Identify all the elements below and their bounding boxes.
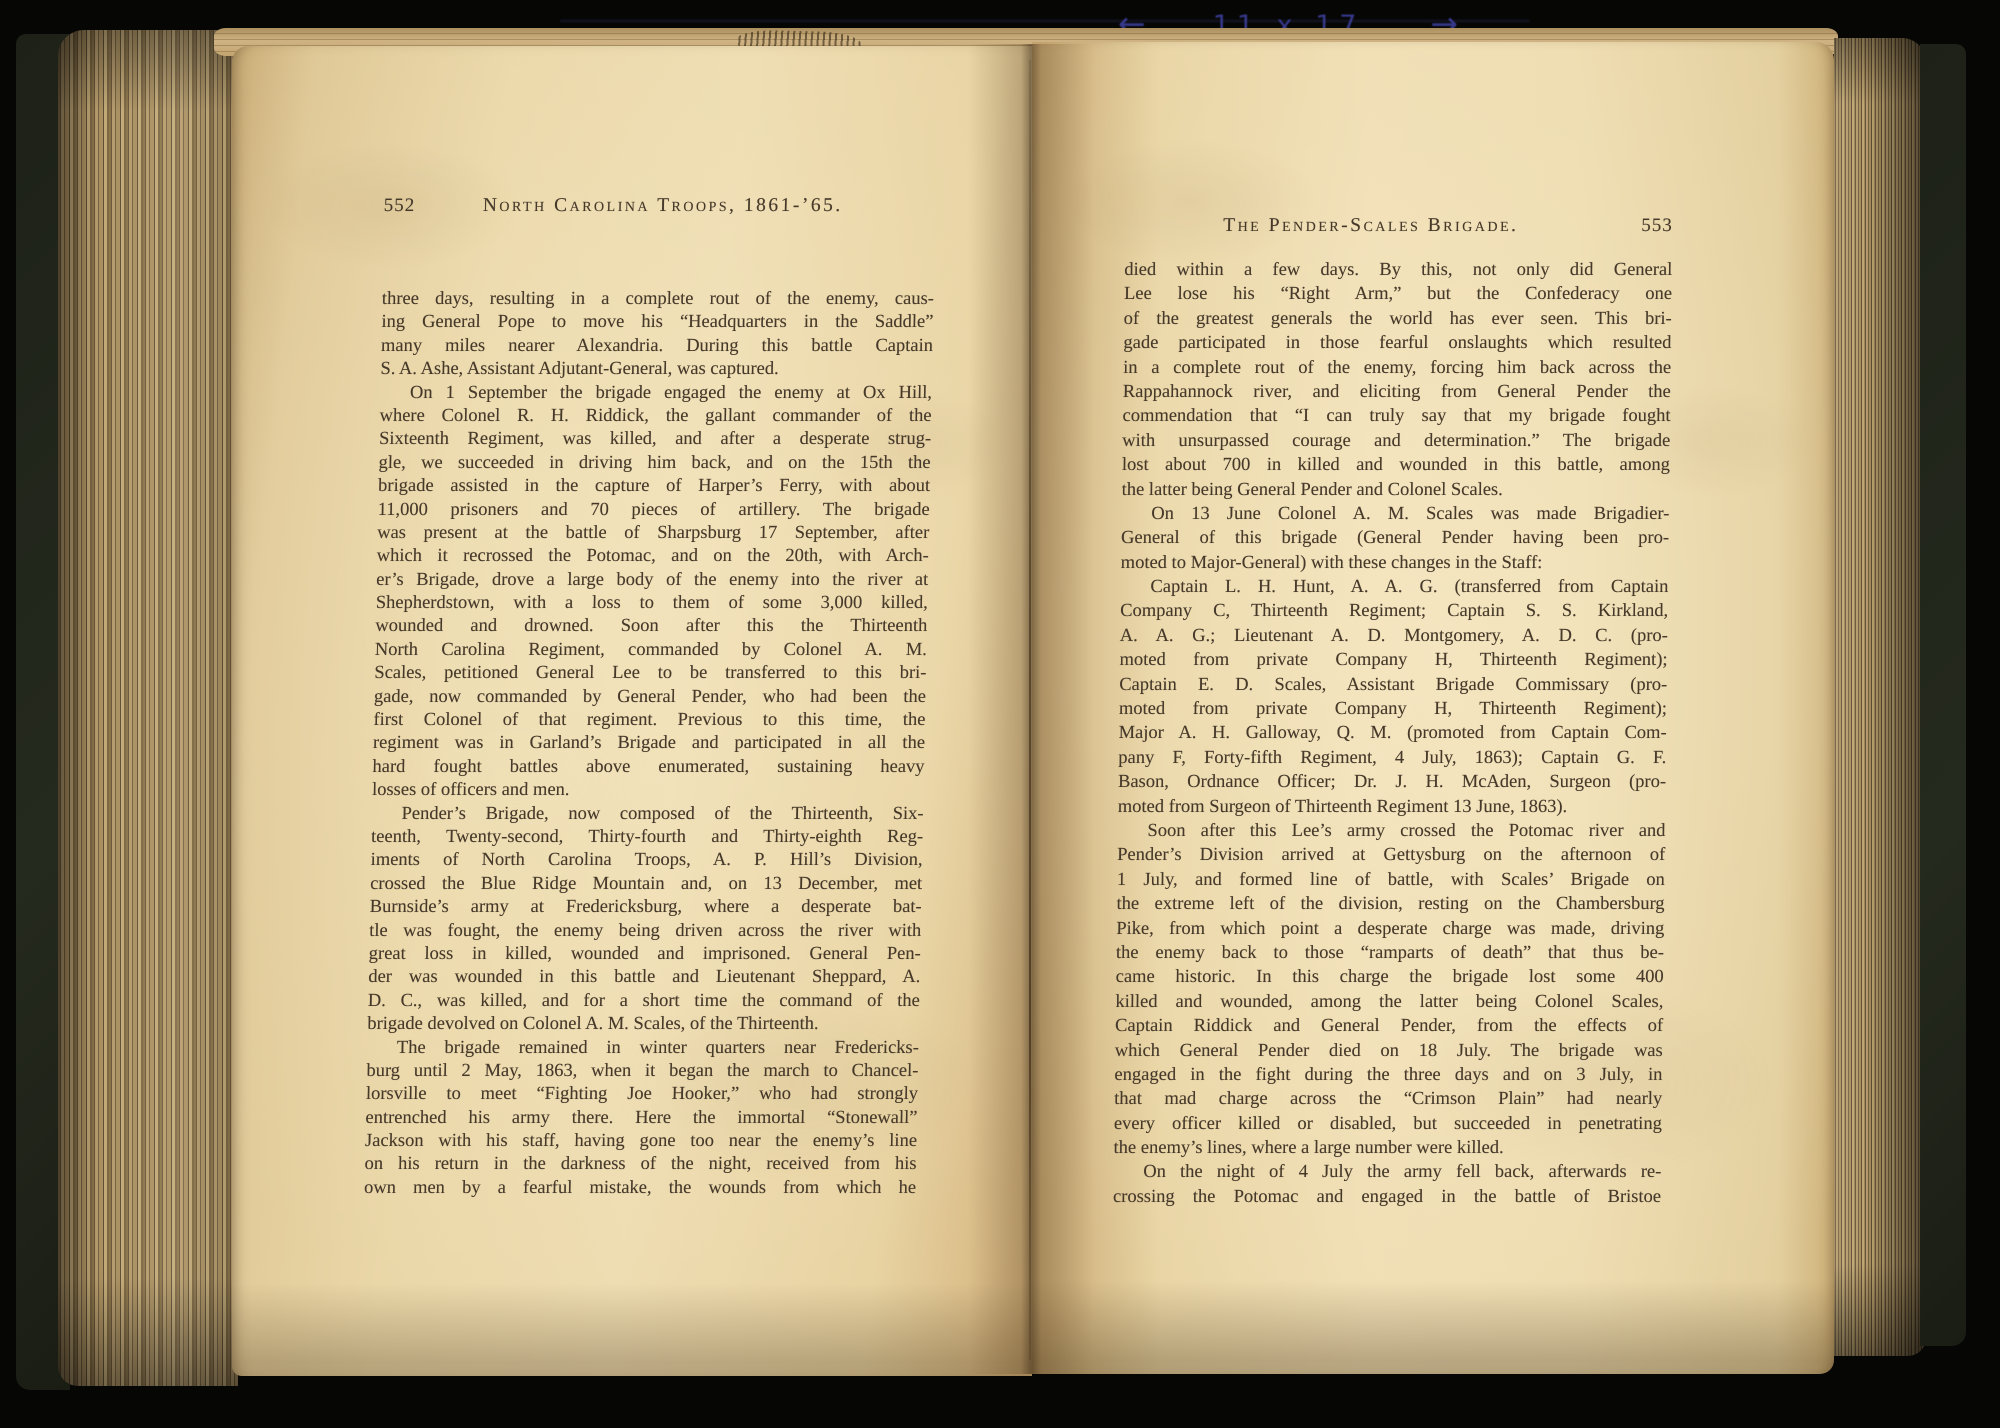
paragraph: three days, resulting in a complete rout… xyxy=(380,288,934,382)
text-line: er’s Brigade, drove a large body of the … xyxy=(376,569,928,592)
text-line: on his return in the darkness of the nig… xyxy=(364,1153,916,1176)
text-line: moted to Major-General) with these chang… xyxy=(1121,551,1669,575)
text-line: D. C., was killed, and for a short time … xyxy=(368,990,920,1013)
text-line: Scales, petitioned General Lee to be tra… xyxy=(374,662,926,685)
page-number: 552 xyxy=(384,195,416,217)
text-line: that mad charge across the “Crimson Plai… xyxy=(1114,1087,1662,1111)
text-line: Company C, Thirteenth Regiment; Captain … xyxy=(1120,599,1668,623)
text-line: moted from private Company H, Thirteenth… xyxy=(1119,648,1667,672)
paragraph: Captain L. H. Hunt, A. A. G. (transferre… xyxy=(1118,575,1669,819)
text-line: engaged in the fight during the three da… xyxy=(1114,1063,1662,1087)
text-line: tle was fought, the enemy being driven a… xyxy=(369,920,921,943)
text-line: came historic. In this charge the brigad… xyxy=(1116,965,1664,989)
text-line: A. A. G.; Lieutenant A. D. Montgomery, A… xyxy=(1120,624,1668,648)
text-line: in a complete rout of the enemy, forcing… xyxy=(1123,356,1671,380)
text-line: On the night of 4 July the army fell bac… xyxy=(1113,1160,1661,1184)
text-line: the extreme left of the division, restin… xyxy=(1116,892,1664,916)
text-line: gade, now commanded by General Pender, w… xyxy=(374,686,926,709)
text-line: three days, resulting in a complete rout… xyxy=(382,288,934,311)
text-line: Bason, Ordnance Officer; Dr. J. H. McAde… xyxy=(1118,770,1666,794)
text-line: Captain Riddick and General Pender, from… xyxy=(1115,1014,1663,1038)
text-line: 11,000 prisoners and 70 pieces of artill… xyxy=(377,499,929,522)
text-line: the latter being General Pender and Colo… xyxy=(1121,478,1669,502)
text-line: moted from private Company H, Thirteenth… xyxy=(1119,697,1667,721)
text-line: General of this brigade (General Pender … xyxy=(1121,526,1669,550)
text-line: died within a few days. By this, not onl… xyxy=(1124,258,1672,282)
text-line: commendation that “I can truly say that … xyxy=(1122,404,1670,428)
fore-edge-left xyxy=(58,30,238,1386)
text-line: 1 July, and formed line of battle, with … xyxy=(1117,868,1665,892)
text-line: On 13 June Colonel A. M. Scales was made… xyxy=(1121,502,1669,526)
left-page-content: 552 North Carolina Troops, 1861-’65. thr… xyxy=(364,195,936,1200)
text-line: own men by a fearful mistake, the wounds… xyxy=(364,1177,916,1200)
text-line: of the greatest generals the world has e… xyxy=(1124,307,1672,331)
text-line: killed and wounded, among the latter bei… xyxy=(1115,990,1663,1014)
text-line: Sixteenth Regiment, was killed, and afte… xyxy=(379,428,931,451)
text-line: entrenched his army there. Here the immo… xyxy=(365,1107,917,1130)
fore-edge-right xyxy=(1834,38,1926,1356)
text-line: crossed the Blue Ridge Mountain and, on … xyxy=(370,873,922,896)
text-line: gle, we succeeded in driving him back, a… xyxy=(378,452,930,475)
paragraph: Pender’s Brigade, now composed of the Th… xyxy=(367,803,924,1037)
running-title: North Carolina Troops, 1861-’65. xyxy=(384,195,936,217)
text-line: ing General Pope to move his “Headquarte… xyxy=(381,311,933,334)
text-line: Burnside’s army at Fredericksburg, where… xyxy=(369,896,921,919)
paragraph: On the night of 4 July the army fell bac… xyxy=(1113,1160,1662,1209)
text-line: brigade assisted in the capture of Harpe… xyxy=(378,475,930,498)
text-line: wounded and drowned. Soon after this the… xyxy=(375,615,927,638)
text-line: which General Pender died on 18 July. Th… xyxy=(1115,1039,1663,1063)
text-line: der was wounded in this battle and Lieut… xyxy=(368,966,920,989)
text-line: was present at the battle of Sharpsburg … xyxy=(377,522,929,545)
left-page-body: three days, resulting in a complete rout… xyxy=(364,288,934,1200)
text-line: Pender’s Brigade, now composed of the Th… xyxy=(371,803,923,826)
running-title: The Pender-Scales Brigade. xyxy=(1125,215,1673,237)
text-line: which it recrossed the Potomac, and on t… xyxy=(376,545,928,568)
paragraph: died within a few days. By this, not onl… xyxy=(1121,258,1672,502)
text-line: every officer killed or disabled, but su… xyxy=(1114,1112,1662,1136)
text-line: Jackson with his staff, having gone too … xyxy=(365,1130,917,1153)
book: 552 North Carolina Troops, 1861-’65. thr… xyxy=(0,0,2000,1428)
text-line: Captain L. H. Hunt, A. A. G. (transferre… xyxy=(1120,575,1668,599)
text-line: the enemy’s lines, where a large number … xyxy=(1113,1136,1661,1160)
text-line: gade participated in those fearful onsla… xyxy=(1123,331,1671,355)
text-line: On 1 September the brigade engaged the e… xyxy=(380,382,932,405)
text-line: Soon after this Lee’s army crossed the P… xyxy=(1117,819,1665,843)
right-page-content: The Pender-Scales Brigade. 553 died with… xyxy=(1113,215,1673,1209)
text-line: North Carolina Regiment, commanded by Co… xyxy=(375,639,927,662)
text-line: Shepherdstown, with a loss to them of so… xyxy=(376,592,928,615)
text-line: where Colonel R. H. Riddick, the gallant… xyxy=(379,405,931,428)
paragraph: On 1 September the brigade engaged the e… xyxy=(372,382,932,803)
text-line: Pike, from which point a desperate charg… xyxy=(1116,917,1664,941)
text-line: Pender’s Division arrived at Gettysburg … xyxy=(1117,843,1665,867)
text-line: the enemy back to those “ramparts of dea… xyxy=(1116,941,1664,965)
left-page-header: 552 North Carolina Troops, 1861-’65. xyxy=(383,195,936,221)
page-number: 553 xyxy=(1641,215,1673,237)
text-line: burg until 2 May, 1863, when it began th… xyxy=(366,1060,918,1083)
text-line: first Colonel of that regiment. Previous… xyxy=(373,709,925,732)
paragraph: The brigade remained in winter quarters … xyxy=(364,1037,919,1201)
text-line: brigade devolved on Colonel A. M. Scales… xyxy=(367,1013,919,1036)
text-line: Lee lose his “Right Arm,” but the Confed… xyxy=(1124,282,1672,306)
scanner-bed: ← 11 x 17 → 552 North Carolina Troops, 1… xyxy=(0,0,2000,1428)
text-line: moted from Surgeon of Thirteenth Regimen… xyxy=(1118,795,1666,819)
right-page-body: died within a few days. By this, not onl… xyxy=(1113,258,1673,1209)
text-line: teenth, Twenty-second, Thirty-fourth and… xyxy=(371,826,923,849)
text-line: lorsville to meet “Fighting Joe Hooker,”… xyxy=(366,1083,918,1106)
paragraph: Soon after this Lee’s army crossed the P… xyxy=(1113,819,1665,1160)
paragraph: On 13 June Colonel A. M. Scales was made… xyxy=(1121,502,1670,575)
text-line: lost about 700 in killed and wounded in … xyxy=(1122,453,1670,477)
text-line: Rappahannock river, and eliciting from G… xyxy=(1123,380,1671,404)
text-line: regiment was in Garland’s Brigade and pa… xyxy=(373,732,925,755)
text-line: many miles nearer Alexandria. During thi… xyxy=(381,335,933,358)
text-line: pany F, Forty-fifth Regiment, 4 July, 18… xyxy=(1118,746,1666,770)
text-line: losses of officers and men. xyxy=(372,779,924,802)
text-line: Captain E. D. Scales, Assistant Brigade … xyxy=(1119,673,1667,697)
text-line: The brigade remained in winter quarters … xyxy=(367,1037,919,1060)
text-line: great loss in killed, wounded and impris… xyxy=(369,943,921,966)
book-cover-right xyxy=(1920,44,1966,1346)
text-line: hard fought battles above enumerated, su… xyxy=(372,756,924,779)
text-line: S. A. Ashe, Assistant Adjutant-General, … xyxy=(380,358,932,381)
text-line: crossing the Potomac and engaged in the … xyxy=(1113,1185,1661,1209)
text-line: with unsurpassed courage and determinati… xyxy=(1122,429,1670,453)
text-line: Major A. H. Galloway, Q. M. (promoted fr… xyxy=(1119,721,1667,745)
right-page-header: The Pender-Scales Brigade. 553 xyxy=(1125,215,1673,241)
text-line: iments of North Carolina Troops, A. P. H… xyxy=(370,849,922,872)
